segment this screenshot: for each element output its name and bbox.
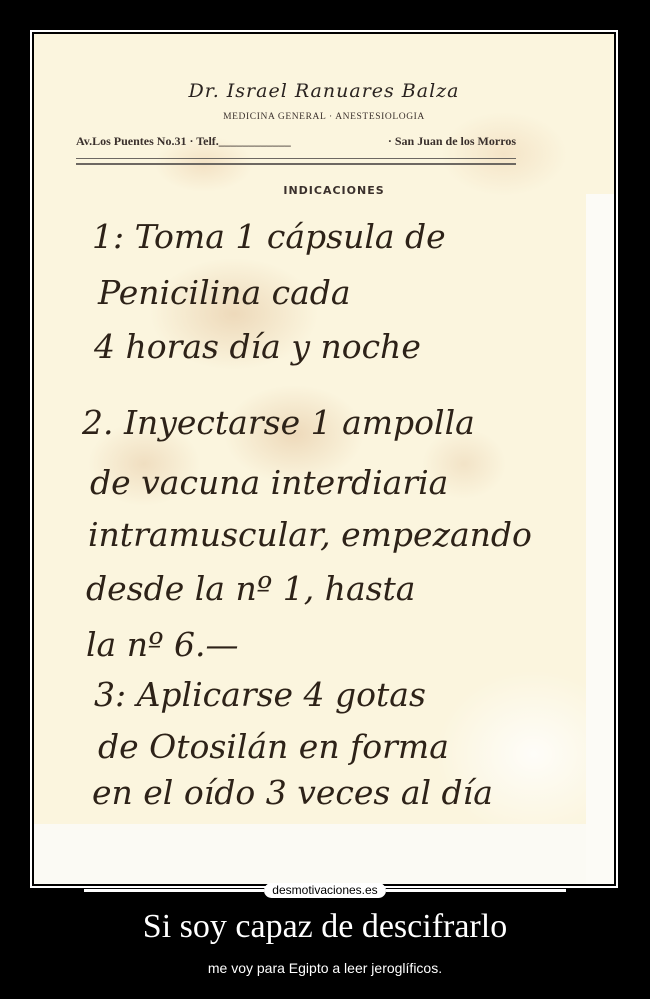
poster-title: Si soy capaz de descifrarlo	[0, 908, 650, 946]
handwritten-line: desde la nº 1, hasta	[86, 572, 415, 605]
handwritten-line: de vacuna interdiaria	[90, 466, 448, 499]
handwritten-line: en el oído 3 veces al día	[92, 776, 493, 809]
site-logo[interactable]: desmotivaciones.es	[264, 883, 385, 898]
handwritten-line: Penicilina cada	[98, 276, 351, 309]
logo-line-right	[386, 889, 566, 892]
handwritten-line: 2. Inyectarse 1 ampolla	[82, 406, 475, 439]
address-left: Av.Los Puentes No.31 · Telf.____________	[76, 134, 291, 149]
logo-line-left	[84, 889, 264, 892]
handwritten-line: la nº 6.—	[86, 628, 238, 661]
site-logo-bar: desmotivaciones.es	[0, 882, 650, 898]
prescription-photo: Dr. Israel Ranuares Balza MEDICINA GENER…	[34, 34, 614, 884]
handwritten-line: 3: Aplicarse 4 gotas	[94, 678, 426, 711]
paper-bottom	[34, 824, 614, 884]
handwritten-line: de Otosilán en forma	[98, 730, 449, 763]
poster-subtitle: me voy para Egipto a leer jeroglíficos.	[0, 960, 650, 976]
handwritten-line: 1: Toma 1 cápsula de	[92, 220, 446, 253]
doctor-specialties: MEDICINA GENERAL · ANESTESIOLOGIA	[34, 112, 614, 122]
doctor-name: Dr. Israel Ranuares Balza	[34, 80, 614, 102]
paper-right-edge	[586, 194, 614, 884]
address-right: · San Juan de los Morros	[388, 134, 516, 149]
doctor-address: Av.Los Puentes No.31 · Telf.____________…	[76, 134, 516, 149]
handwritten-line: 4 horas día y noche	[94, 330, 421, 363]
letterhead-rule	[76, 158, 516, 165]
section-heading: INDICACIONES	[34, 184, 614, 197]
handwritten-line: intramuscular, empezando	[88, 518, 532, 551]
